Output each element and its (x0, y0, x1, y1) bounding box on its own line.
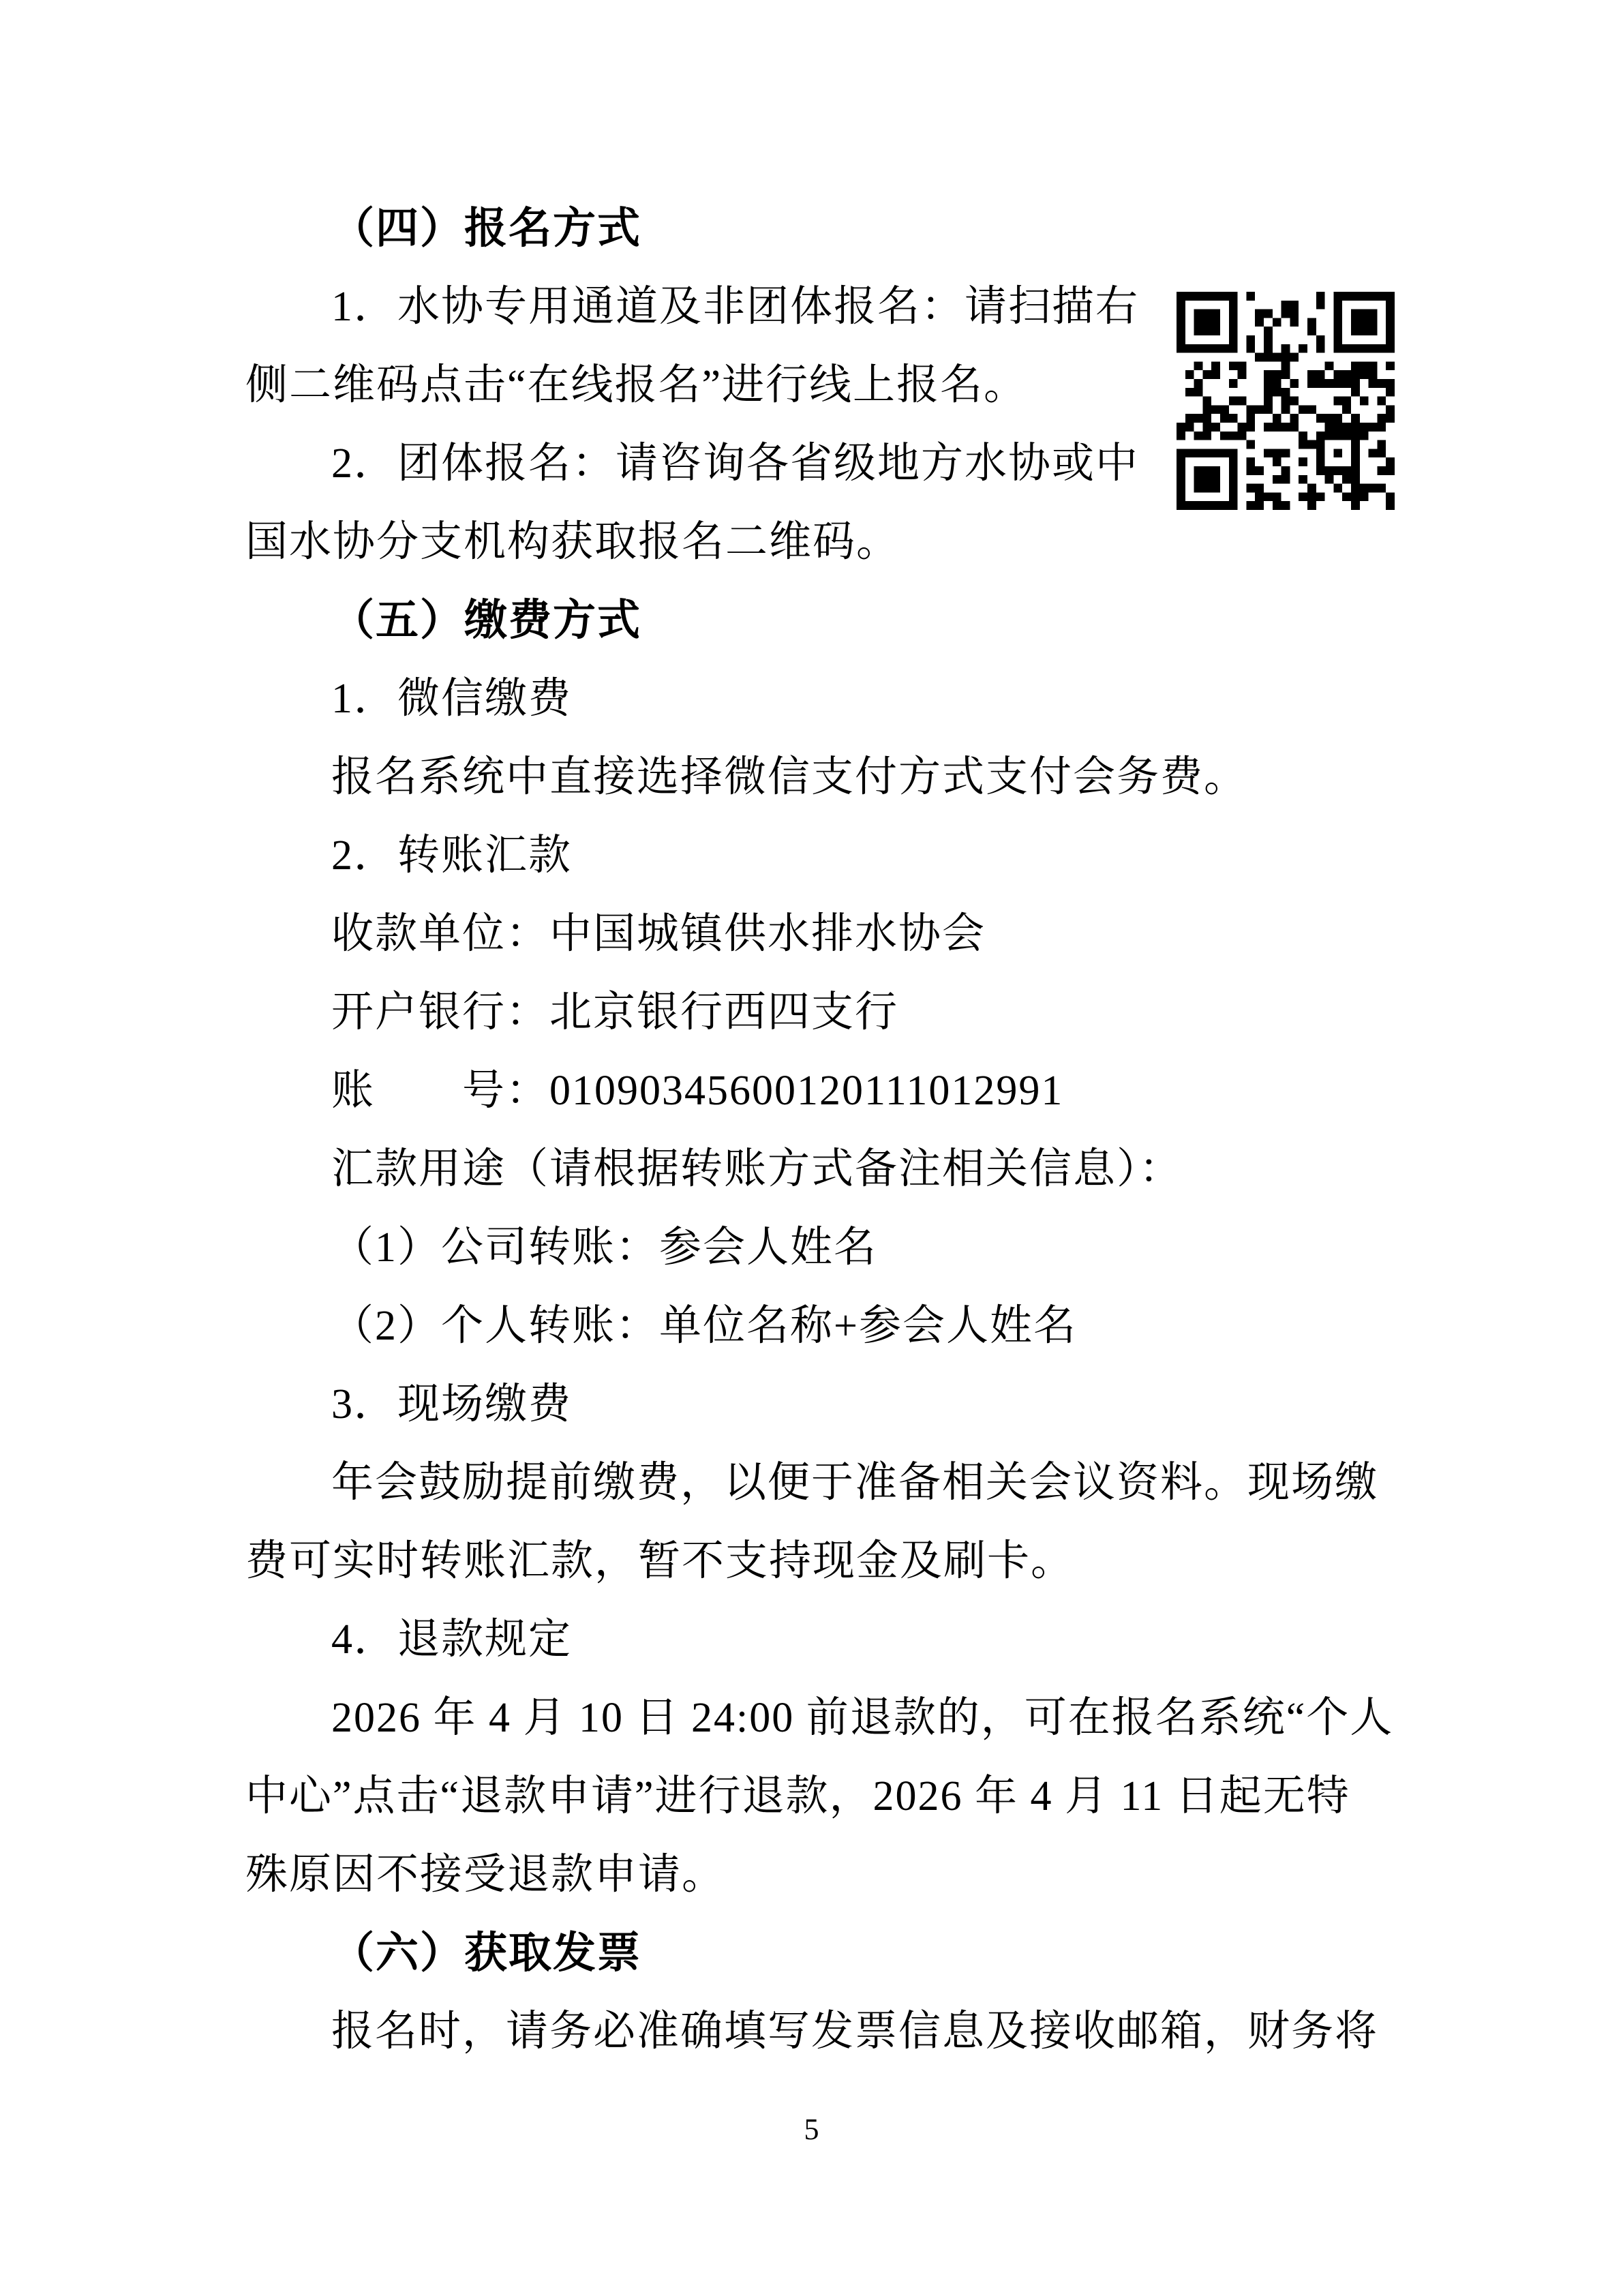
document-page: （四）报名方式1．水协专用通道及非团体报名：请扫描右侧二维码点击“在线报名”进行… (0, 0, 1623, 2296)
page-number: 5 (0, 2112, 1623, 2147)
text-line: 报名系统中直接选择微信支付方式支付会务费。 (245, 738, 1391, 817)
text-line: 账 号：01090345600120111012991 (245, 1052, 1391, 1130)
text-line: 收款单位：中国城镇供水排水协会 (245, 895, 1391, 973)
text-line: 3．现场缴费 (245, 1365, 1391, 1444)
section-heading: （六）获取发票 (245, 1914, 1391, 1993)
section-heading: （四）报名方式 (245, 190, 1391, 268)
text-line: 1．微信缴费 (245, 660, 1391, 738)
qr-code (1177, 292, 1395, 510)
text-line: 殊原因不接受退款申请。 (245, 1836, 1391, 1914)
text-line: 中心”点击“退款申请”进行退款，2026 年 4 月 11 日起无特 (245, 1757, 1391, 1836)
text-line: 2．转账汇款 (245, 817, 1391, 895)
text-line: 年会鼓励提前缴费，以便于准备相关会议资料。现场缴 (245, 1444, 1391, 1522)
text-line: （1）公司转账：参会人姓名 (245, 1209, 1391, 1287)
text-line: 国水协分支机构获取报名二维码。 (245, 503, 1391, 581)
text-line: （2）个人转账：单位名称+参会人姓名 (245, 1287, 1391, 1365)
text-line: 汇款用途（请根据转账方式备注相关信息）： (245, 1130, 1391, 1209)
text-line: 开户银行：北京银行西四支行 (245, 973, 1391, 1052)
text-line: 2026 年 4 月 10 日 24:00 前退款的，可在报名系统“个人 (245, 1679, 1391, 1757)
text-line: 报名时，请务必准确填写发票信息及接收邮箱，财务将 (245, 1993, 1391, 2071)
text-line: 4．退款规定 (245, 1601, 1391, 1679)
text-line: 费可实时转账汇款，暂不支持现金及刷卡。 (245, 1522, 1391, 1601)
section-heading: （五）缴费方式 (245, 581, 1391, 660)
